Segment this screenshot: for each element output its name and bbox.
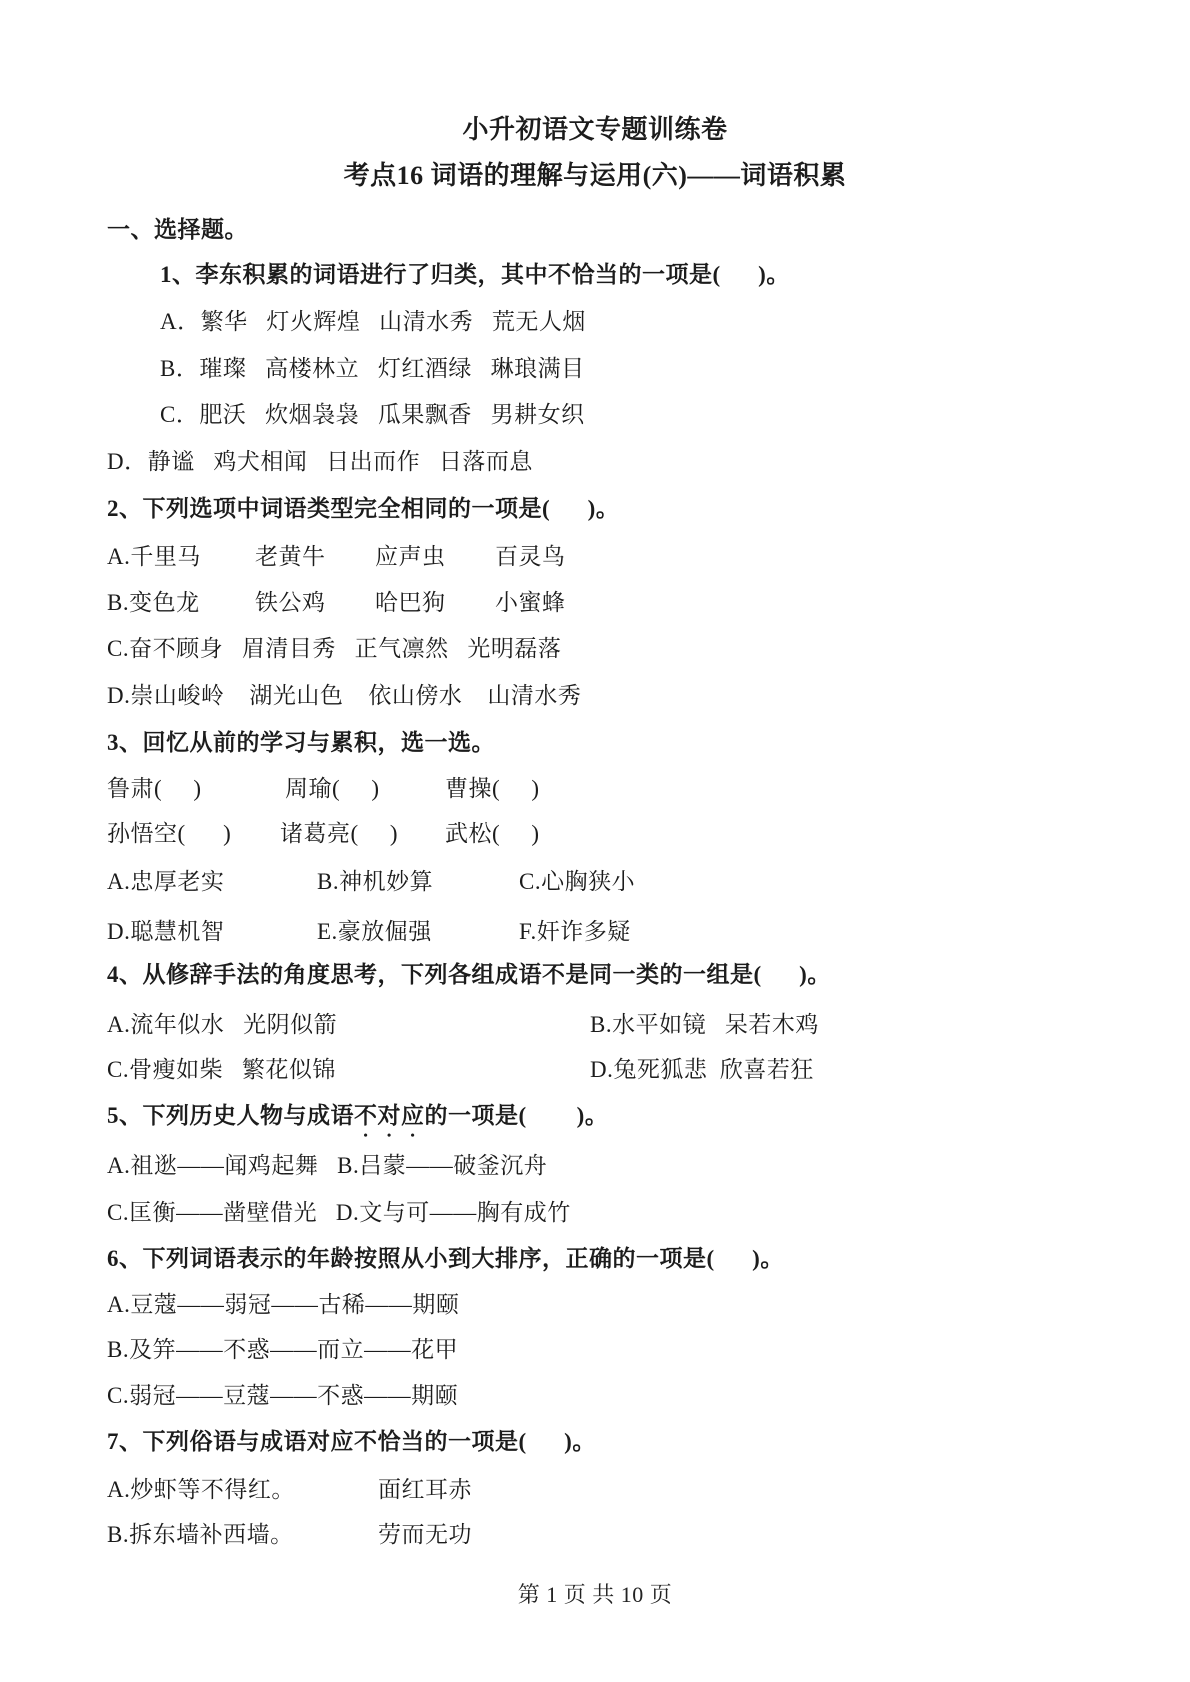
option-word: 小蜜蜂: [495, 589, 566, 617]
page-title: 小升初语文专题训练卷: [0, 116, 1190, 144]
question-4-stem: 4、从修辞手法的角度思考，下列各组成语不是同一类的一组是( )。: [107, 961, 831, 989]
question-1-option-c: C．肥沃 炊烟袅袅 瓜果飘香 男耕女织: [160, 401, 585, 429]
question-4-option-a: A.流年似水 光阴似箭: [107, 1011, 337, 1039]
question-2-option-d: D.崇山峻岭 湖光山色 依山傍水 山清水秀: [107, 682, 581, 710]
question-4-options-row-2: C.骨瘦如柴 繁花似锦 D.兔死狐悲 欣喜若狂: [107, 1056, 1090, 1086]
question-4-option-b: B.水平如镜 呆若木鸡: [590, 1011, 819, 1039]
emphasized-text: 不对应: [354, 1103, 425, 1128]
question-2-option-b: B.变色龙 铁公鸡 哈巴狗 小蜜蜂: [107, 589, 1090, 619]
question-3-options-row-2: D.聪慧机智 E.豪放倔强 F.奸诈多疑: [107, 918, 1090, 948]
saying-text: A.炒虾等不得红。: [107, 1476, 295, 1504]
question-7-option-b: B.拆东墙补西墙。 劳而无功: [107, 1521, 1090, 1551]
option-word: 百灵鸟: [495, 543, 566, 571]
question-2-option-c: C.奋不顾身 眉清目秀 正气凛然 光明磊落: [107, 635, 561, 663]
option-item: D.聪慧机智: [107, 918, 224, 946]
question-1-stem: 1、李东积累的词语进行了归类，其中不恰当的一项是( )。: [160, 261, 790, 289]
question-1-option-a: A．繁华 灯火辉煌 山清水秀 荒无人烟: [160, 308, 586, 336]
question-1-option-d: D．静谧 鸡犬相闻 日出而作 日落而息: [107, 448, 533, 476]
option-item: E.豪放倔强: [317, 918, 432, 946]
option-word: 铁公鸡: [255, 589, 326, 617]
idiom-text: 面红耳赤: [378, 1476, 472, 1504]
blank-item: 曹操( ): [445, 775, 540, 803]
question-6-option-c: C.弱冠——豆蔻——不惑——期颐: [107, 1382, 458, 1410]
question-5-options-row-1: A.祖逖——闻鸡起舞 B.吕蒙——破釜沉舟: [107, 1152, 547, 1180]
question-6-option-a: A.豆蔻——弱冠——古稀——期颐: [107, 1291, 459, 1319]
page-subtitle: 考点16 词语的理解与运用(六)——词语积累: [0, 162, 1190, 190]
question-2-option-a: A.千里马 老黄牛 应声虫 百灵鸟: [107, 543, 1090, 573]
stem-text: 5、下列历史人物与成语: [107, 1103, 354, 1128]
question-6-stem: 6、下列词语表示的年龄按照从小到大排序，正确的一项是( )。: [107, 1245, 784, 1273]
blank-item: 孙悟空( ): [107, 820, 231, 848]
option-item: C.心胸狭小: [519, 868, 635, 896]
saying-text: B.拆东墙补西墙。: [107, 1521, 294, 1549]
option-word: B.变色龙: [107, 589, 200, 617]
idiom-text: 劳而无功: [378, 1521, 472, 1549]
question-7-option-a: A.炒虾等不得红。 面红耳赤: [107, 1476, 1090, 1506]
question-2-stem: 2、下列选项中词语类型完全相同的一项是( )。: [107, 495, 619, 523]
option-item: F.奸诈多疑: [519, 918, 631, 946]
option-word: 哈巴狗: [375, 589, 446, 617]
option-word: 老黄牛: [255, 543, 326, 571]
blank-item: 诸葛亮( ): [280, 820, 398, 848]
question-5-options-row-2: C.匡衡——凿壁借光 D.文与可——胸有成竹: [107, 1199, 571, 1227]
option-word: A.千里马: [107, 543, 201, 571]
blank-item: 周瑜( ): [285, 775, 380, 803]
option-item: B.神机妙算: [317, 868, 433, 896]
question-4-options-row-1: A.流年似水 光阴似箭 B.水平如镜 呆若木鸡: [107, 1011, 1090, 1041]
blank-item: 武松( ): [445, 820, 540, 848]
question-7-stem: 7、下列俗语与成语对应不恰当的一项是( )。: [107, 1428, 596, 1456]
page-footer: 第 1 页 共 10 页: [0, 1581, 1190, 1609]
option-word: 应声虫: [375, 543, 446, 571]
question-6-option-b: B.及笄——不惑——而立——花甲: [107, 1336, 458, 1364]
question-3-blank-row-1: 鲁肃( ) 周瑜( ) 曹操( ): [107, 775, 1090, 805]
blank-item: 鲁肃( ): [107, 775, 202, 803]
stem-text: 的一项是( )。: [425, 1103, 609, 1128]
question-3-options-row-1: A.忠厚老实 B.神机妙算 C.心胸狭小: [107, 868, 1090, 898]
exam-paper-page: 小升初语文专题训练卷 考点16 词语的理解与运用(六)——词语积累 一、选择题。…: [0, 0, 1190, 1682]
question-4-option-d: D.兔死狐悲 欣喜若狂: [590, 1056, 814, 1084]
question-4-option-c: C.骨瘦如柴 繁花似锦: [107, 1056, 336, 1084]
question-5-stem: 5、下列历史人物与成语不对应的一项是( )。: [107, 1102, 608, 1142]
question-3-blank-row-2: 孙悟空( ) 诸葛亮( ) 武松( ): [107, 820, 1090, 850]
option-item: A.忠厚老实: [107, 868, 224, 896]
question-3-stem: 3、回忆从前的学习与累积，选一选。: [107, 729, 495, 757]
question-1-option-b: B．璀璨 高楼林立 灯红酒绿 琳琅满目: [160, 355, 585, 383]
section-heading: 一、选择题。: [107, 216, 248, 244]
